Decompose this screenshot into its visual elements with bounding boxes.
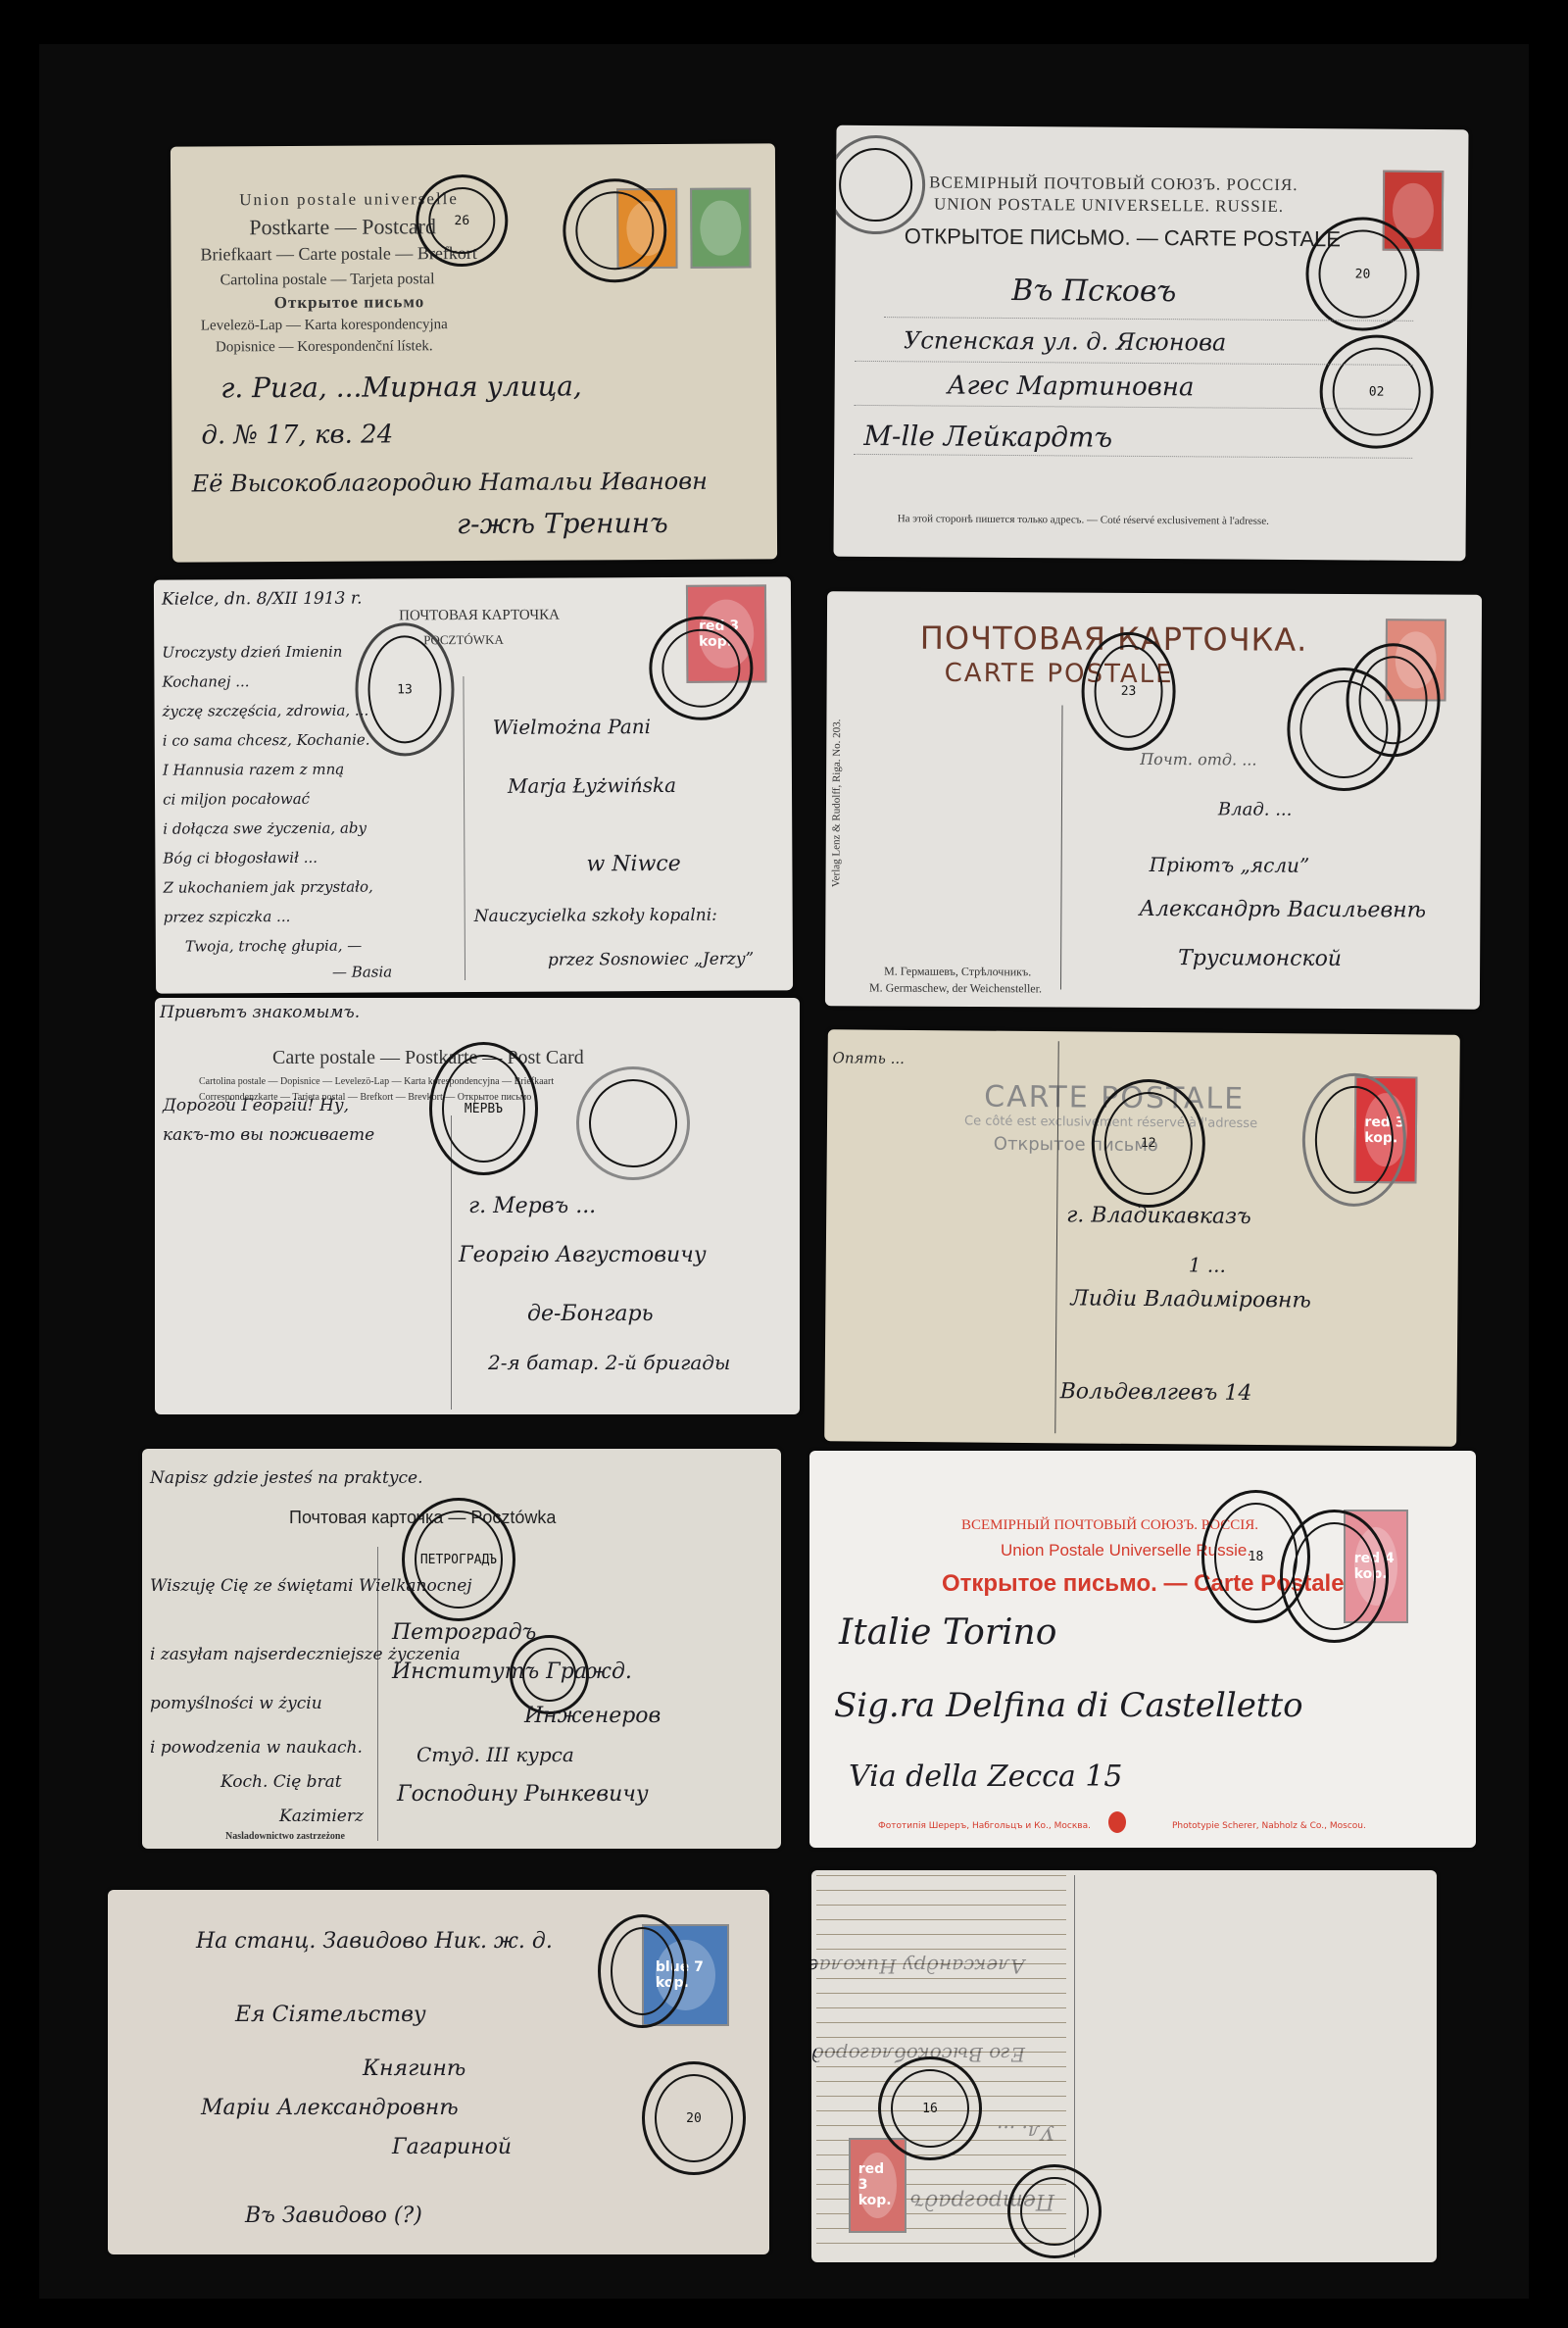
address-line: г. Рига, ...Мирная улица, xyxy=(220,370,582,404)
message-line: I Hannusia razem z mną xyxy=(163,761,344,779)
address-line: Italie Torino xyxy=(839,1612,1056,1653)
postal-envelope-klin: blue 7 kop. 20 На станц. Завидово Ник. ж… xyxy=(108,1890,769,2254)
postmark: 26 xyxy=(416,174,508,267)
message-line: Почт. отд. ... xyxy=(1140,750,1256,769)
address-line: д. № 17, кв. 24 xyxy=(201,420,393,450)
address-line: Via della Zecca 15 xyxy=(849,1759,1123,1794)
publisher-imprint: Phototypie Scherer, Nabholz & Co., Mosco… xyxy=(1172,1821,1366,1831)
address-line: Ея Сіятельству xyxy=(235,2003,426,2027)
postmark xyxy=(598,1914,687,2028)
address-line: Влад. ... xyxy=(1218,799,1293,819)
message-line: Napisz gdzie jesteś na praktyce. xyxy=(150,1468,422,1488)
address-line: w Niwce xyxy=(586,852,680,877)
message-line: Дорогой Георгій! Ну, xyxy=(163,1096,349,1115)
address-line: На станц. Завидово Ник. ж. д. xyxy=(196,1929,553,1954)
message-line: Kazimierz xyxy=(279,1807,364,1826)
printed-heading: Dopisnice — Korespondenční lístek. xyxy=(216,338,433,356)
postcard-pochtovaya-kartochka: ПОЧТОВАЯ КАРТОЧКА. CARTE POSTALE Verlag … xyxy=(825,591,1482,1009)
message-line: ci miljon pocałować xyxy=(163,790,310,809)
printed-heading: Открытое письмо xyxy=(274,292,425,313)
postcard-kielce: ПОЧТОВАЯ КАРТОЧКА POCZTÓWKA red 3 kop. 1… xyxy=(154,576,793,993)
postmark xyxy=(563,178,667,283)
postmark: 23 xyxy=(1081,632,1176,752)
address-line: Инженеров xyxy=(524,1704,661,1728)
address-line: 1 ... xyxy=(1189,1253,1226,1276)
address-line: 2-я батар. 2-й бригады xyxy=(488,1351,730,1374)
postage-stamp-green xyxy=(690,188,751,269)
address-line: przez Sosnowiec „Jerzy” xyxy=(548,950,754,970)
postmark xyxy=(576,1066,690,1180)
postmark: 02 xyxy=(1319,334,1434,449)
postcard-tiflis: CARTE POSTALE Ce côté est exclusivement … xyxy=(824,1029,1460,1447)
card-divider xyxy=(1060,706,1063,990)
address-line: Wielmożna Pani xyxy=(493,715,651,739)
address-line: Sig.ra Delfina di Castelletto xyxy=(834,1686,1303,1725)
printed-heading: ОТКРЫТОЕ ПИСЬМО. — CARTE POSTALE xyxy=(905,223,1341,252)
message-line: Uroczysty dzień Imienin xyxy=(162,643,342,662)
address-line: Княгинѣ xyxy=(363,2056,465,2081)
imperial-eagle-icon xyxy=(1108,1811,1126,1833)
printed-heading: Carte postale — Postkarte — Post Card xyxy=(272,1047,584,1069)
message-line: Kielce, dn. 8/XII 1913 r. xyxy=(162,589,363,610)
postmark xyxy=(1280,1510,1389,1643)
card-divider xyxy=(463,676,465,980)
postmark xyxy=(833,135,925,235)
postmark: 20 xyxy=(642,2061,746,2175)
postcard-torino: ВСЕМІРНЫЙ ПОЧТОВЫЙ СОЮЗЪ. РОССІЯ. Union … xyxy=(809,1451,1476,1848)
message-line: i dołącza swe życzenia, aby xyxy=(163,819,367,838)
address-line: Въ Псковъ xyxy=(1011,273,1176,309)
postmark: 16 xyxy=(878,2056,982,2160)
message-line: Kochanej ... xyxy=(162,672,249,690)
message-line: Wiszuję Cię ze świętami Wielkanocnej xyxy=(150,1576,472,1596)
message-line: i powodzenia w naukach. xyxy=(150,1738,363,1758)
publisher-imprint: Verlag Lenz & Rudolff, Riga. No. 203. xyxy=(830,719,843,888)
address-line: Гагариной xyxy=(392,2135,512,2159)
address-line: Nauczycielka szkoły kopalni: xyxy=(474,906,717,926)
address-line: г-жѣ Тренинъ xyxy=(457,507,668,540)
postmark xyxy=(1346,643,1441,758)
address-line: Её Высокоблагородию Натальи Ивановн xyxy=(192,468,708,498)
message-line: — Basia xyxy=(332,963,392,980)
address-line: Петроградъ xyxy=(392,1620,536,1645)
address-line: Въ Завидово (?) xyxy=(245,2204,422,2228)
postcard-merv: Carte postale — Postkarte — Post Card Ca… xyxy=(155,998,800,1414)
postmark: МЕРВЪ xyxy=(429,1042,538,1175)
address-line-rule xyxy=(854,454,1412,459)
printed-footer: Nasladownictwo zastrzeżone xyxy=(225,1831,345,1842)
postmark: ПЕТРОГРАДЪ xyxy=(402,1498,515,1621)
address-line: Пріютъ „ясли” xyxy=(1150,853,1310,877)
address-line: Александрѣ Васильевнѣ xyxy=(1139,897,1426,923)
printed-footer: На этой сторонѣ пишется только адресъ. —… xyxy=(898,513,1269,527)
postmark: 12 xyxy=(1091,1079,1205,1209)
postmark: 20 xyxy=(1305,217,1420,331)
printed-heading: Levelezö-Lap — Karta korespondencyjna xyxy=(201,317,448,334)
printed-heading: UNION POSTALE UNIVERSELLE. RUSSIE. xyxy=(934,194,1284,216)
address-line: Трусимонской xyxy=(1178,946,1342,971)
postcard-petrograd: Почтовая карточка — Pocztówka Nasladowni… xyxy=(142,1449,781,1849)
postmark xyxy=(649,617,754,721)
message-line: какъ-то вы поживаете xyxy=(163,1125,374,1145)
message-line: Z ukochaniem jak przystało, xyxy=(163,878,372,897)
message-line: Bóg ci błogosławił ... xyxy=(163,849,318,867)
address-line: Успенская ул. д. Ясюнова xyxy=(904,326,1226,356)
postcard-pskov: ВСЕМІРНЫЙ ПОЧТОВЫЙ СОЮЗЪ. РОССІЯ. UNION … xyxy=(833,125,1468,561)
address-line: Господину Рынкевичу xyxy=(397,1782,649,1807)
address-line: г. Владикавказъ xyxy=(1066,1203,1251,1229)
address-line: Маріи Александровнѣ xyxy=(201,2096,459,2120)
address-line: г. Мервъ ... xyxy=(468,1194,596,1218)
address-line: де-Бонгарь xyxy=(527,1302,654,1326)
address-line: Студ. III курса xyxy=(416,1743,574,1766)
address-line: Вольдевлгевъ 14 xyxy=(1060,1379,1252,1406)
printed-heading: Postkarte — Postcard xyxy=(249,214,436,240)
postmark xyxy=(1301,1072,1406,1207)
address-line: Лидіи Владиміровнѣ xyxy=(1070,1286,1311,1313)
address-line: Marja Łyżwińska xyxy=(508,773,676,798)
address-line: Агес Мартиновна xyxy=(948,371,1195,403)
printed-heading: ПОЧТОВАЯ КАРТОЧКА xyxy=(399,608,560,625)
message-line: Опять ... xyxy=(833,1049,906,1067)
message-line: przez szpiczka ... xyxy=(164,908,291,926)
address-line: М-lle Лейкардтъ xyxy=(863,420,1112,454)
postcard-riga: Union postale universelle Postkarte — Po… xyxy=(171,143,777,562)
message-line: Twoja, trochę głupia, — xyxy=(185,937,363,956)
postage-stamp-red: red 3 kop. xyxy=(849,2138,906,2233)
publisher-imprint: Фототипія Шереръ, Набгольцъ и Ко., Москв… xyxy=(878,1821,1091,1831)
message-line: Привѣтъ знакомымъ. xyxy=(160,1003,360,1022)
printed-heading: ВСЕМІРНЫЙ ПОЧТОВЫЙ СОЮЗЪ. РОССІЯ. xyxy=(929,173,1298,195)
printed-heading: Cartolina postale — Tarjeta postal xyxy=(220,271,435,289)
caption: M. Germaschew, der Weichensteller. xyxy=(869,980,1042,996)
address-line: Институтъ Гражд. xyxy=(392,1659,632,1684)
message-line: życzę szczęścia, zdrowia, ... xyxy=(163,702,369,720)
postcard-upside-down: Петроградъ Ул. ... Его Высокоблагородію … xyxy=(811,1870,1437,2262)
message-line: i co sama chcesz, Kochanie. xyxy=(163,731,370,750)
caption: М. Гермашевъ, Стрѣлочникъ. xyxy=(884,965,1031,980)
message-line: pomyślności w życiu xyxy=(150,1694,322,1713)
address-line: Георгію Августовичу xyxy=(459,1243,707,1267)
postmark xyxy=(1007,2164,1102,2258)
message-line: Koch. Cię brat xyxy=(220,1772,342,1792)
